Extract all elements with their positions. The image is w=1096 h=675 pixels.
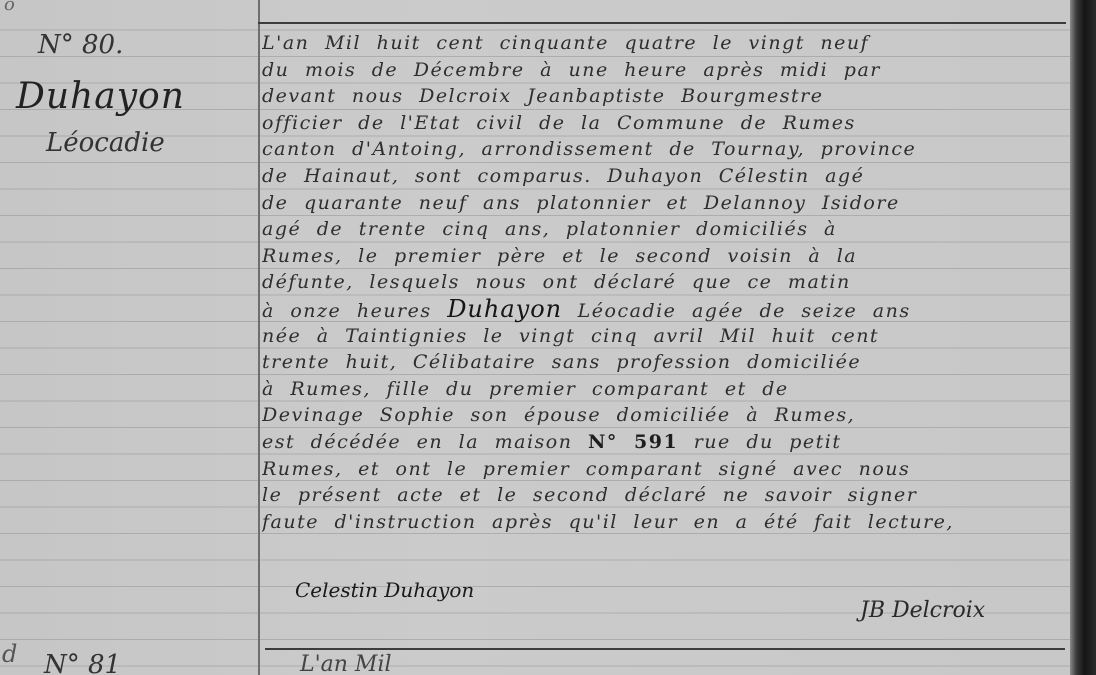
body-line: du mois de Décembre à une heure après mi… [262, 57, 1062, 84]
body-text: rue du petit [694, 431, 842, 453]
next-entry-number: N° 81 [44, 650, 121, 675]
next-entry-text: L'an Mil [300, 652, 392, 675]
entry-top-rule [258, 22, 1066, 24]
body-line: canton d'Antoing, arrondissement de Tour… [262, 136, 1062, 163]
body-line-deceased: à onze heures Duhayon Léocadie agée de s… [262, 296, 1062, 323]
corner-mark: o [4, 0, 15, 15]
house-number: N° 591 [588, 431, 678, 453]
margin-first-name: Léocadie [46, 128, 165, 158]
body-line: de Hainaut, sont comparus. Duhayon Céles… [262, 163, 1062, 190]
body-line: devant nous Delcroix Jeanbaptiste Bourgm… [262, 83, 1062, 110]
entry-bottom-rule [265, 648, 1065, 650]
body-text: Léocadie agée de seize ans [578, 300, 911, 322]
book-binding [1070, 0, 1096, 675]
deceased-surname: Duhayon [447, 296, 562, 323]
body-line: de quarante neuf ans platonnier et Delan… [262, 190, 1062, 217]
officer-signature: JB Delcroix [860, 598, 985, 623]
body-line: le présent acte et le second déclaré ne … [262, 482, 1062, 509]
body-line: Devinage Sophie son épouse domiciliée à … [262, 402, 1062, 429]
entry-number: N° 80. [38, 30, 123, 60]
body-line: à Rumes, fille du premier comparant et d… [262, 376, 1062, 403]
register-page: o N° 80. Duhayon Léocadie d N° 81 L'an M… [0, 0, 1075, 675]
declarant-signature: Celestin Duhayon [295, 578, 474, 602]
body-line: défunte, lesquels nous ont déclaré que c… [262, 269, 1062, 296]
body-line-address: est décédée en la maison N° 591 rue du p… [262, 429, 1062, 456]
margin-divider [258, 0, 260, 675]
body-line: Rumes, le premier père et le second vois… [262, 243, 1062, 270]
body-line: née à Taintignies le vingt cinq avril Mi… [262, 323, 1062, 350]
body-line: faute d'instruction après qu'il leur en … [262, 509, 1062, 536]
body-line: officier de l'Etat civil de la Commune d… [262, 110, 1062, 137]
body-line: trente huit, Célibataire sans profession… [262, 349, 1062, 376]
entry-body: L'an Mil huit cent cinquante quatre le v… [262, 30, 1062, 535]
body-line: L'an Mil huit cent cinquante quatre le v… [262, 30, 1062, 57]
body-text: à onze heures [262, 300, 432, 322]
body-line: Rumes, et ont le premier comparant signé… [262, 456, 1062, 483]
body-line: agé de trente cinq ans, platonnier domic… [262, 216, 1062, 243]
bottom-mark: d [2, 640, 17, 668]
margin-column: o N° 80. Duhayon Léocadie d N° 81 [0, 0, 255, 675]
body-text: est décédée en la maison [262, 431, 572, 453]
margin-surname: Duhayon [16, 76, 185, 117]
